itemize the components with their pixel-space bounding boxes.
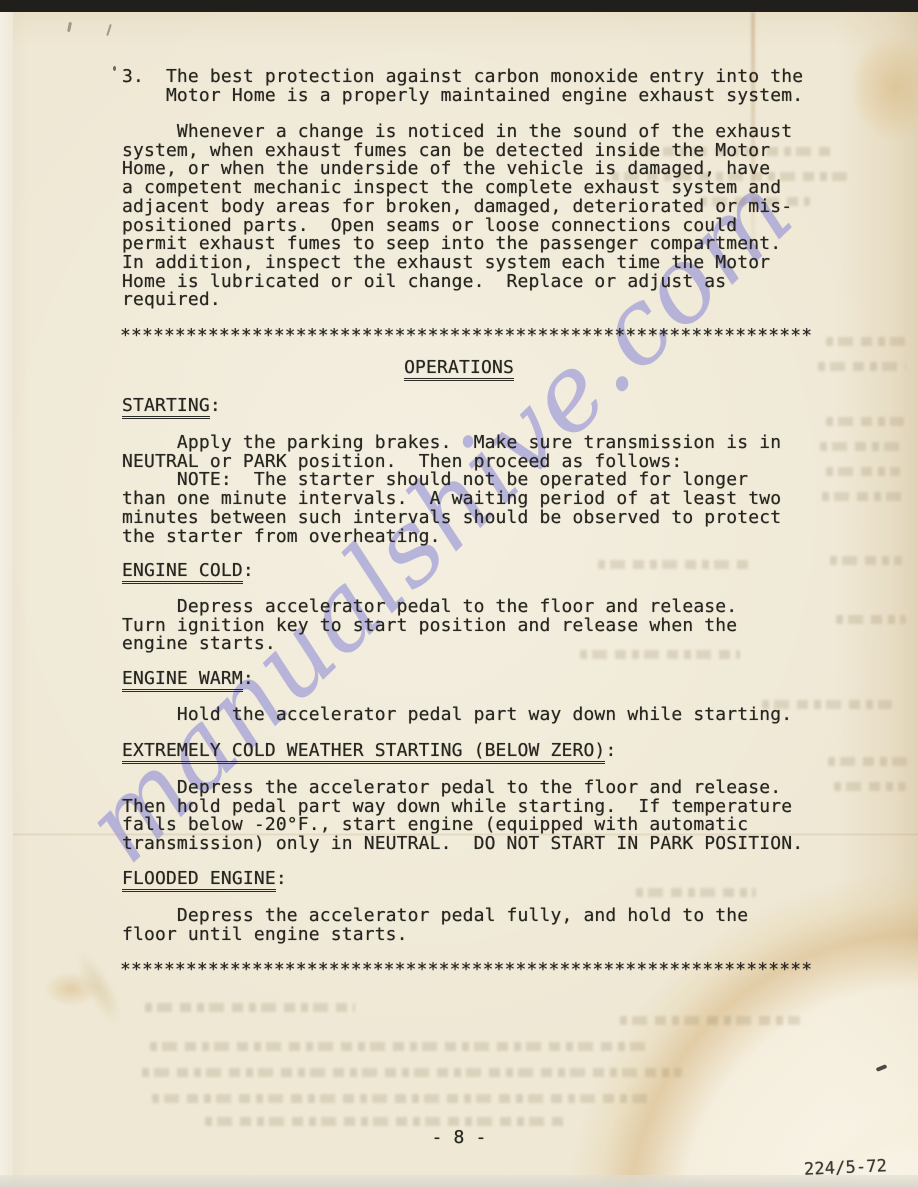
intro-paragraph: Whenever a change is noticed in the soun… <box>122 123 792 310</box>
page-number: - 8 - <box>0 1129 918 1148</box>
asterisk-divider-top: ****************************************… <box>120 327 812 346</box>
section-heading-label: ENGINE WARM <box>122 668 243 692</box>
bleed-through-smudge <box>820 442 906 451</box>
numbered-item-3: 3. The best protection against carbon mo… <box>122 68 803 105</box>
bleed-through-smudge <box>834 782 906 791</box>
bleed-through-smudge <box>836 615 906 624</box>
bleed-through-smudge <box>636 888 756 897</box>
operations-heading: OPERATIONS <box>0 359 918 378</box>
section-heading-label: ENGINE COLD <box>122 560 243 584</box>
section-heading-label: STARTING <box>122 395 210 419</box>
section-heading-colon: : <box>243 560 254 581</box>
section-heading-colon: : <box>605 740 616 761</box>
pen-mark <box>106 24 112 36</box>
section-heading-label: FLOODED ENGINE <box>122 868 276 892</box>
bleed-through-smudge <box>145 1003 355 1012</box>
stray-ink-dot <box>113 66 116 71</box>
section-body-extreme-cold: Depress the accelerator pedal to the flo… <box>122 779 803 854</box>
section-heading-extreme-cold: EXTREMELY COLD WEATHER STARTING (BELOW Z… <box>122 742 616 761</box>
section-body-flooded-engine: Depress the accelerator pedal fully, and… <box>122 907 748 944</box>
operations-heading-label: OPERATIONS <box>404 357 514 381</box>
bleed-through-smudge <box>152 1094 652 1103</box>
section-body-starting: Apply the parking brakes. Make sure tran… <box>122 434 781 546</box>
pen-mark <box>67 22 72 32</box>
stain-top-right <box>830 34 918 186</box>
bleed-through-smudge <box>822 492 904 501</box>
bleed-through-smudge <box>826 467 900 476</box>
bleed-through-smudge <box>598 560 748 569</box>
bleed-through-smudge <box>150 1042 650 1051</box>
section-heading-label: EXTREMELY COLD WEATHER STARTING (BELOW Z… <box>122 740 605 764</box>
bleed-through-smudge <box>205 1117 565 1126</box>
bleed-through-smudge <box>142 1068 682 1077</box>
bleed-through-smudge <box>620 1016 800 1025</box>
section-heading-flooded-engine: FLOODED ENGINE: <box>122 870 287 889</box>
section-heading-colon: : <box>243 668 254 689</box>
section-heading-engine-warm: ENGINE WARM: <box>122 670 254 689</box>
section-body-engine-cold: Depress accelerator pedal to the floor a… <box>122 598 737 654</box>
scanned-manual-page: manualshive.com 3. The best protection a… <box>0 0 918 1188</box>
bleed-through-smudge <box>826 417 904 426</box>
section-heading-colon: : <box>276 868 287 889</box>
scanner-bottom-edge <box>0 1175 918 1188</box>
bleed-through-smudge <box>826 337 906 346</box>
stray-pen-tick <box>876 1064 888 1072</box>
section-heading-engine-cold: ENGINE COLD: <box>122 562 254 581</box>
asterisk-divider-bottom: ****************************************… <box>120 961 812 980</box>
section-body-engine-warm: Hold the accelerator pedal part way down… <box>122 706 792 725</box>
section-heading-colon: : <box>210 395 221 416</box>
section-heading-starting: STARTING: <box>122 397 221 416</box>
bleed-through-smudge <box>830 556 902 565</box>
bleed-through-smudge <box>828 757 910 766</box>
scanner-left-edge <box>0 12 13 1188</box>
scanner-top-edge <box>0 0 918 12</box>
